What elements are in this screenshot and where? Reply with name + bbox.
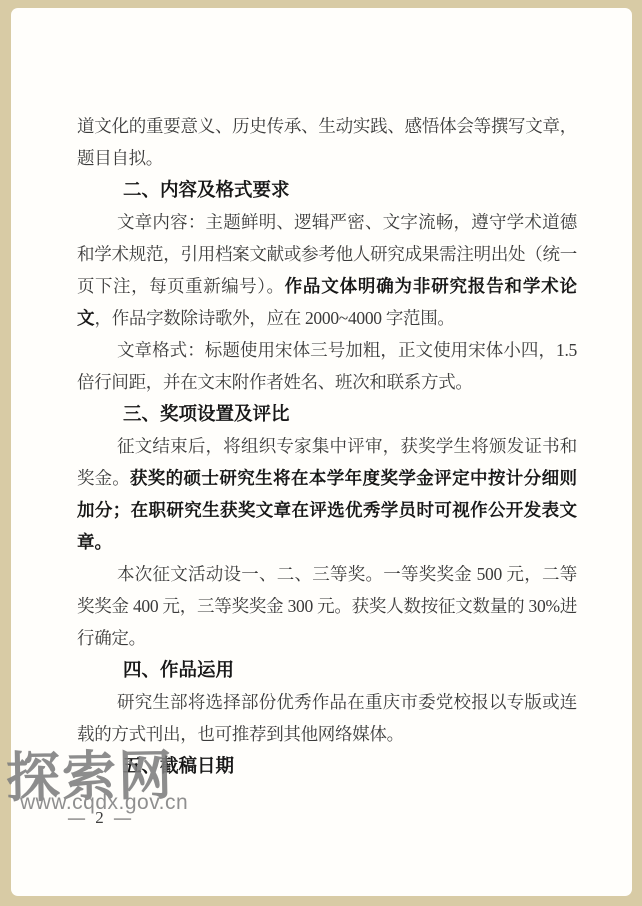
scanned-document-screenshot: { "colors":{ "mat_bg":"#d8cba5", "page_b… <box>0 0 642 906</box>
emphasis-text-run: 获奖的硕士研究生将在本学年度奖学金评定中按计分细则加分；在职研究生获奖文章在评选… <box>77 468 577 552</box>
body-paragraph: 征文结束后，将组织专家集中评审，获奖学生将颁发证书和奖金。获奖的硕士研究生将在本… <box>77 430 577 558</box>
section-heading: 五、截稿日期 <box>123 750 577 782</box>
section-heading: 四、作品运用 <box>123 654 577 686</box>
text-run: 道文化的重要意义、历史传承、生动实践、感悟体会等撰写文章，题目自拟。 <box>77 116 577 168</box>
page-number: — 2 — <box>68 808 134 828</box>
body-paragraph: 本次征文活动设一、二、三等奖。一等奖奖金 500 元，二等奖奖金 400 元，三… <box>77 558 577 654</box>
document-body: 道文化的重要意义、历史传承、生动实践、感悟体会等撰写文章，题目自拟。二、内容及格… <box>77 110 577 782</box>
emphasis-text-run: 四、作品运用 <box>123 659 234 680</box>
text-run: 本次征文活动设一、二、三等奖。一等奖奖金 500 元，二等奖奖金 400 元，三… <box>77 564 577 648</box>
body-paragraph: 文章内容：主题鲜明、逻辑严密、文字流畅，遵守学术道德和学术规范，引用档案文献或参… <box>77 206 577 334</box>
section-heading: 二、内容及格式要求 <box>123 174 577 206</box>
body-paragraph: 文章格式：标题使用宋体三号加粗，正文使用宋体小四，1.5 倍行间距，并在文末附作… <box>77 334 577 398</box>
section-heading: 三、奖项设置及评比 <box>123 398 577 430</box>
emphasis-text-run: 二、内容及格式要求 <box>123 179 290 200</box>
body-paragraph: 道文化的重要意义、历史传承、生动实践、感悟体会等撰写文章，题目自拟。 <box>77 110 577 174</box>
text-run: 文章格式：标题使用宋体三号加粗，正文使用宋体小四，1.5 倍行间距，并在文末附作… <box>77 340 577 392</box>
text-run: ，作品字数除诗歌外，应在 2000~4000 字范围。 <box>95 308 455 328</box>
emphasis-text-run: 三、奖项设置及评比 <box>123 403 290 424</box>
